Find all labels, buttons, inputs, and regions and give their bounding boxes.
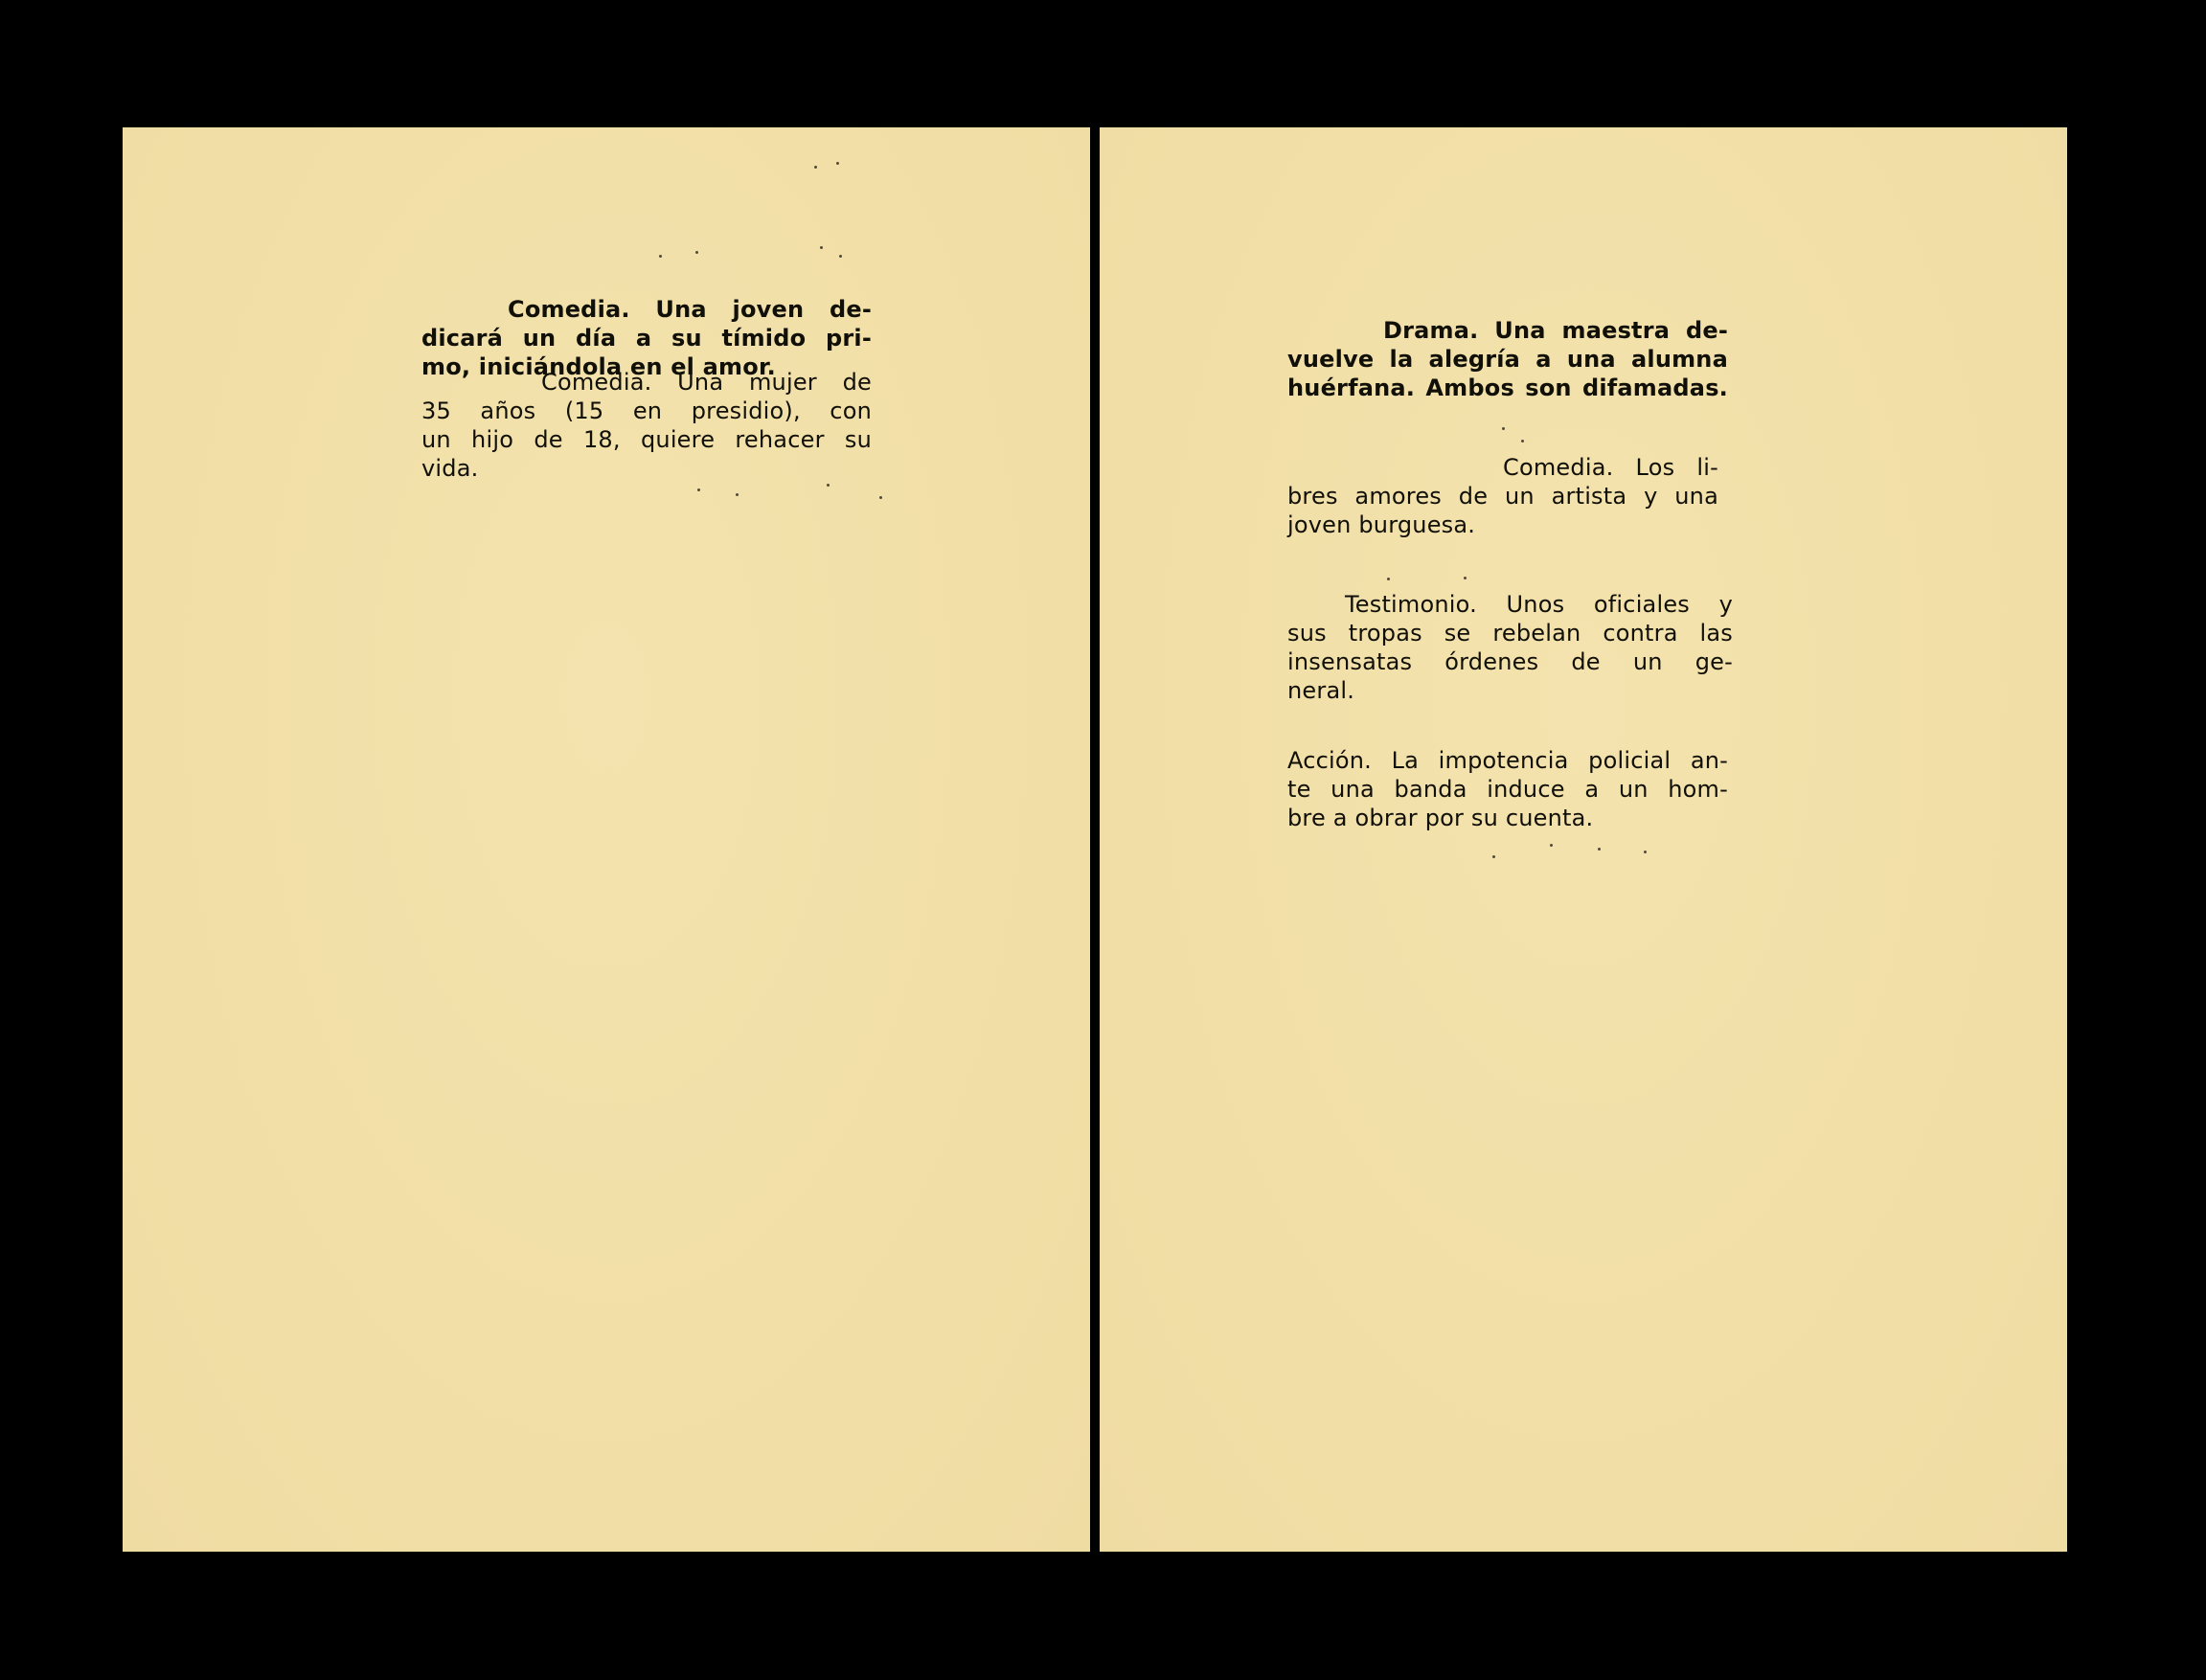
print-speck	[1644, 851, 1647, 853]
print-speck	[814, 166, 817, 169]
blurb-comedia-artista: Comedia. Los li- bres amores de un artis…	[1287, 453, 1718, 539]
blurb-line: te una banda induce a un hom-	[1287, 775, 1728, 804]
left-page: Comedia. Una joven de- dicará un día a s…	[123, 127, 1090, 1552]
blurb-line: vida.	[421, 454, 872, 483]
print-speck	[879, 496, 882, 499]
blurb-line: insensatas órdenes de un ge-	[1287, 647, 1733, 676]
print-speck	[820, 246, 823, 249]
blurb-line: Drama. Una maestra de-	[1287, 316, 1728, 345]
print-speck	[1598, 848, 1601, 851]
print-speck	[736, 493, 739, 496]
blurb-line: Comedia. Una joven de-	[421, 295, 872, 324]
blurb-line: sus tropas se rebelan contra las	[1287, 619, 1733, 647]
print-speck	[827, 484, 830, 487]
print-speck	[1492, 855, 1495, 858]
blurb-comedia-mujer: Comedia. Una mujer de 35 años (15 en pre…	[421, 368, 872, 483]
blurb-line: huérfana. Ambos son difamadas.	[1287, 374, 1728, 402]
print-speck	[697, 488, 700, 491]
print-speck	[1550, 844, 1553, 847]
print-speck	[1521, 440, 1524, 443]
blurb-line: neral.	[1287, 676, 1733, 705]
blurb-line: un hijo de 18, quiere rehacer su	[421, 425, 872, 454]
blurb-line: 35 años (15 en presidio), con	[421, 397, 872, 425]
blurb-line: Comedia. Una mujer de	[421, 368, 872, 397]
print-speck	[659, 255, 662, 258]
print-speck	[1502, 427, 1505, 430]
right-page: Drama. Una maestra de- vuelve la alegría…	[1100, 127, 2067, 1552]
blurb-line: Acción. La impotencia policial an-	[1287, 746, 1728, 775]
print-speck	[1464, 577, 1467, 579]
blurb-line: bre a obrar por su cuenta.	[1287, 804, 1728, 832]
print-speck	[1387, 578, 1390, 580]
print-speck	[839, 255, 842, 258]
print-speck	[695, 251, 698, 254]
blurb-line: joven burguesa.	[1287, 511, 1718, 539]
blurb-testimonio-oficiales: Testimonio. Unos oficiales y sus tropas …	[1287, 590, 1733, 705]
blurb-line: Testimonio. Unos oficiales y	[1287, 590, 1733, 619]
blurb-line: Comedia. Los li-	[1287, 453, 1718, 482]
blurb-line: dicará un día a su tímido pri-	[421, 324, 872, 352]
blurb-drama-maestra: Drama. Una maestra de- vuelve la alegría…	[1287, 316, 1728, 402]
print-speck	[836, 162, 839, 165]
blurb-line: vuelve la alegría a una alumna	[1287, 345, 1728, 374]
blurb-line: bres amores de un artista y una	[1287, 482, 1718, 511]
blurb-accion-impotencia: Acción. La impotencia policial an- te un…	[1287, 746, 1728, 832]
